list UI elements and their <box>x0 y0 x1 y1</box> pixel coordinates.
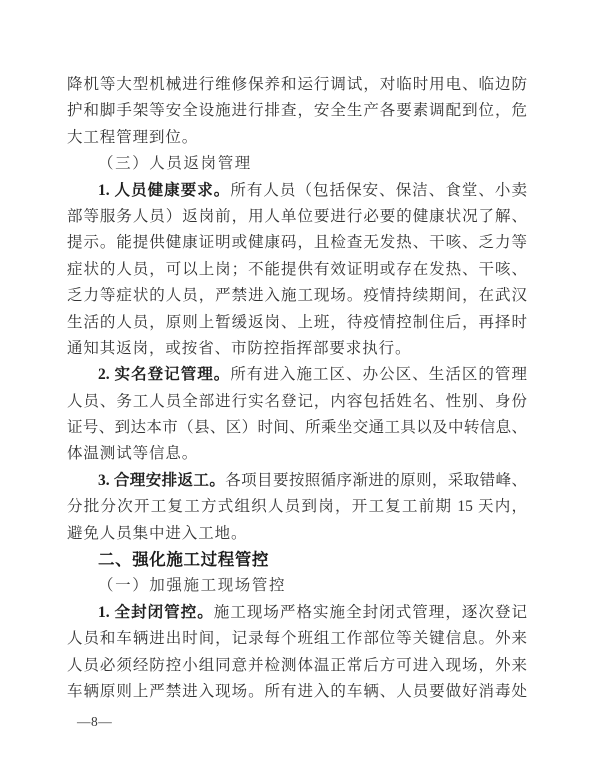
paragraph-lead: 3. 合理安排返工。 <box>98 472 225 489</box>
text-line: 人员、务工人员全部进行实名登记，内容包括姓名、性别、身份 <box>67 389 527 415</box>
text-line: 避免人员集中进入工地。 <box>67 521 527 547</box>
section-heading: 二、强化施工过程管控 <box>67 547 527 573</box>
text-line: 车辆原则上严禁进入现场。所有进入的车辆、人员要做好消毒处 <box>67 679 527 705</box>
text-line: 提示。能提供健康证明或健康码，且检查无发热、干咳、乏力等 <box>67 230 527 256</box>
text-line: 护和脚手架等安全设施进行排查，安全生产各要素调配到位，危 <box>67 98 527 124</box>
paragraph-lead: 2. 实名登记管理。 <box>98 366 230 383</box>
paragraph-text: 施工现场严格实施全封闭式管理，逐次登记 <box>214 604 527 621</box>
document-page: 降机等大型机械进行维修保养和运行调试，对临时用电、临边防 护和脚手架等安全设施进… <box>0 0 594 768</box>
paragraph-text: 各项目要按照循序渐进的原则，采取错峰、 <box>225 472 527 489</box>
text-line: 证号、到达本市（县、区）时间、所乘坐交通工具以及中转信息、 <box>67 415 527 441</box>
text-line: 人员必须经防控小组同意并检测体温正常后方可进入现场，外来 <box>67 653 527 679</box>
text-line: 分批分次开工复工方式组织人员到岗，开工复工前期 15 天内， <box>67 494 527 520</box>
paragraph-lead: 1. 人员健康要求。 <box>98 182 230 199</box>
text-line: 乏力等症状的人员，严禁进入施工现场。疫情持续期间，在武汉 <box>67 283 527 309</box>
text-line: 部等服务人员）返岗前，用人单位要进行必要的健康状况了解、 <box>67 204 527 230</box>
paragraph-lead: 1. 全封闭管控。 <box>98 604 214 621</box>
text-line: 3. 合理安排返工。各项目要按照循序渐进的原则，采取错峰、 <box>67 468 527 494</box>
text-line: 1. 全封闭管控。施工现场严格实施全封闭式管理，逐次登记 <box>67 600 527 626</box>
text-line: 体温测试等信息。 <box>67 441 527 467</box>
paragraph-text: 所有进入施工区、办公区、生活区的管理 <box>230 366 527 383</box>
text-line: 通知其返岗，或按省、市防控指挥部要求执行。 <box>67 336 527 362</box>
text-line: 人员和车辆进出时间，记录每个班组工作部位等关键信息。外来 <box>67 626 527 652</box>
page-number: —8— <box>77 713 112 731</box>
text-line: 降机等大型机械进行维修保养和运行调试，对临时用电、临边防 <box>67 72 527 98</box>
text-line: 症状的人员，可以上岗；不能提供有效证明或存在发热、干咳、 <box>67 257 527 283</box>
text-line: 生活的人员，原则上暂缓返岗、上班，待疫情控制住后，再择时 <box>67 310 527 336</box>
text-line: 大工程管理到位。 <box>67 125 527 151</box>
text-line: 2. 实名登记管理。所有进入施工区、办公区、生活区的管理 <box>67 362 527 388</box>
document-body: 降机等大型机械进行维修保养和运行调试，对临时用电、临边防 护和脚手架等安全设施进… <box>67 72 527 705</box>
paragraph-text: 所有人员（包括保安、保洁、食堂、小卖 <box>230 182 527 199</box>
text-line: 1. 人员健康要求。所有人员（包括保安、保洁、食堂、小卖 <box>67 178 527 204</box>
subsection-heading: （三）人员返岗管理 <box>67 151 527 177</box>
subsection-heading: （一）加强施工现场管控 <box>67 573 527 599</box>
